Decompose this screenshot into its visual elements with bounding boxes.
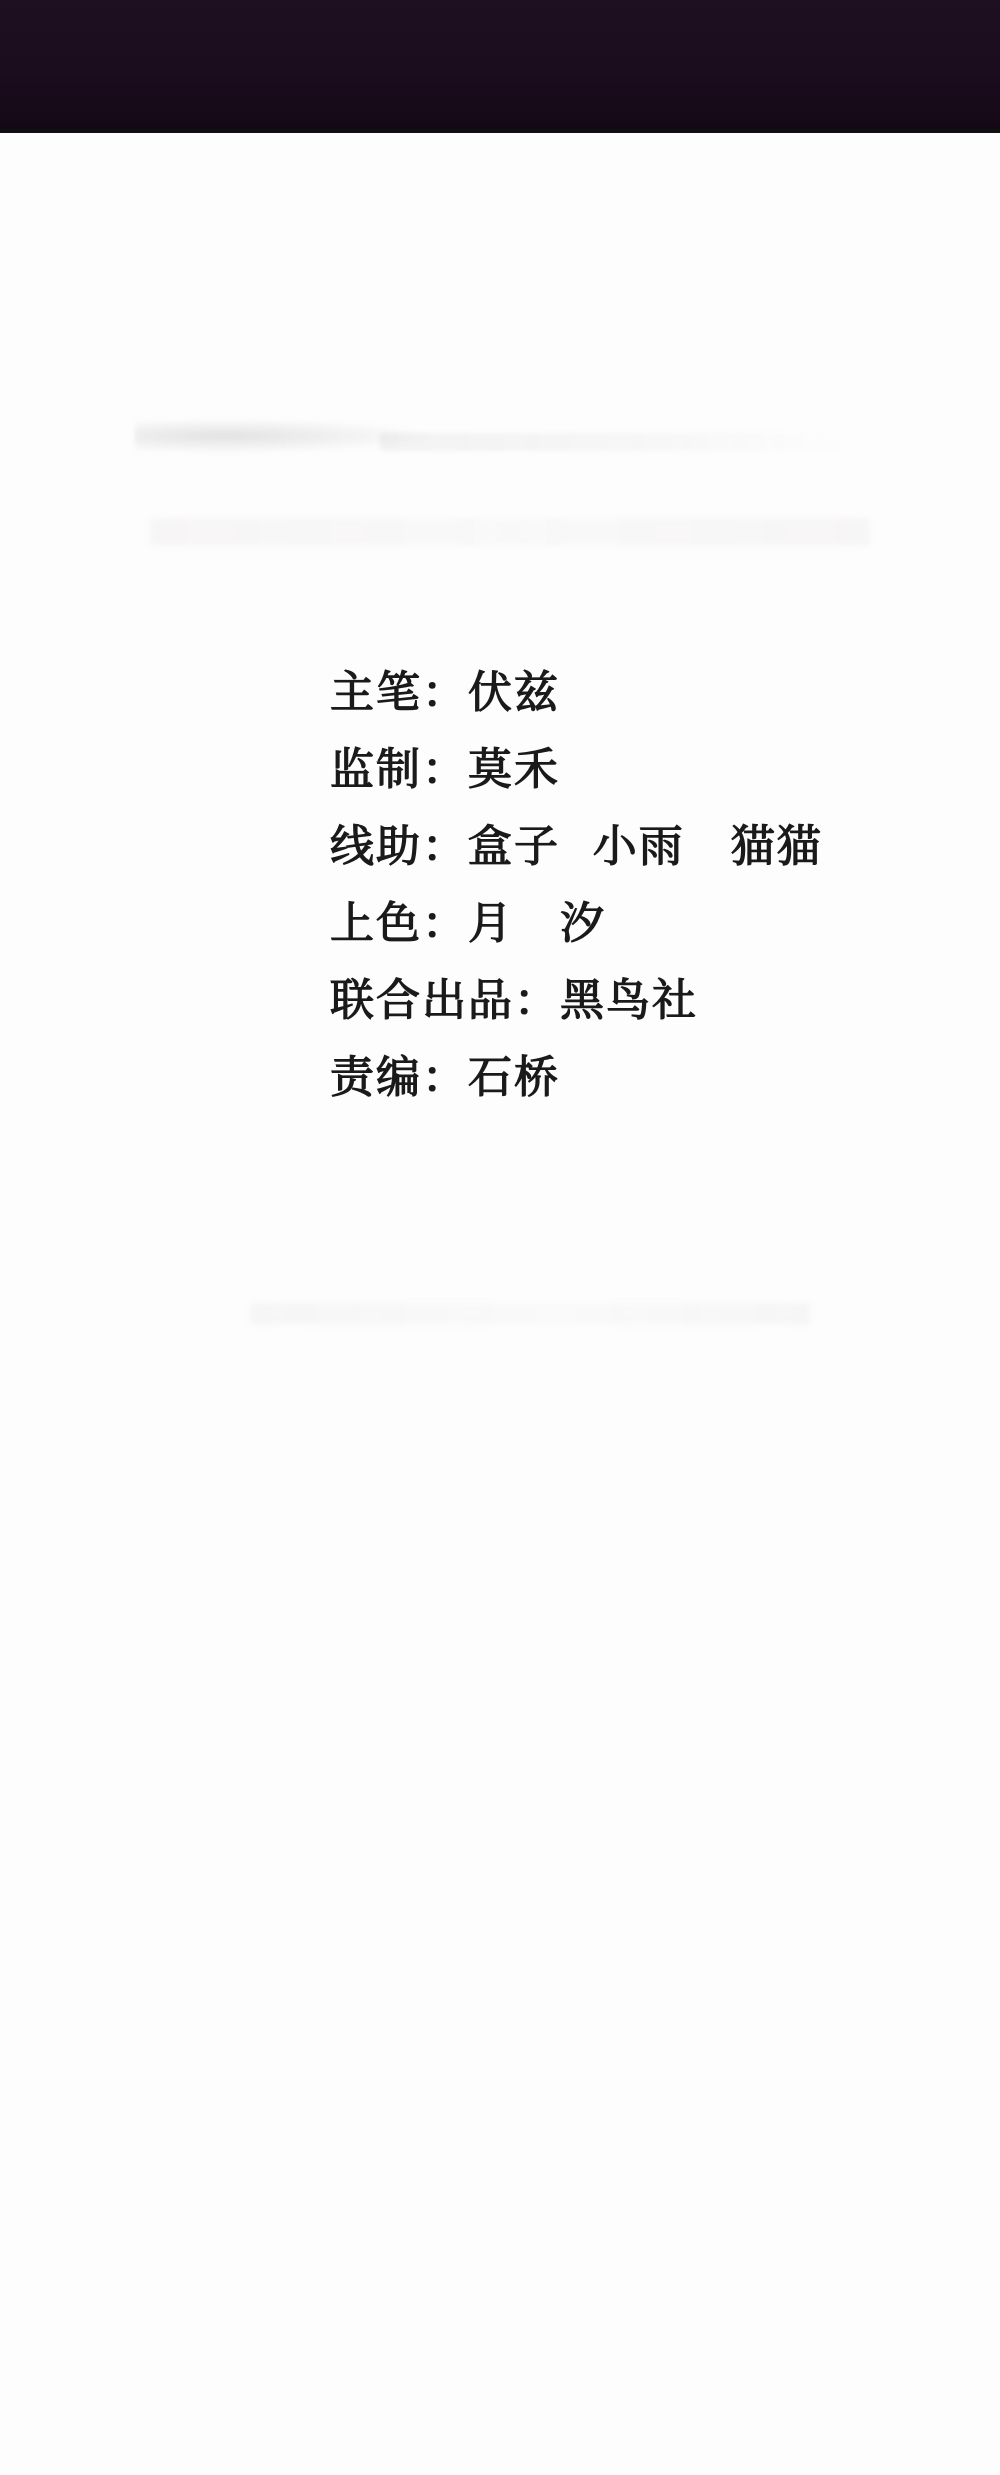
credit-name: 伏兹 — [468, 667, 560, 718]
credit-line-line-assistants: 线助：盒子 小雨 猫猫 — [330, 808, 823, 885]
credits-block: 主笔：伏兹 监制：莫禾 线助：盒子 小雨 猫猫 上色：月 汐 联合出品：黑鸟社 … — [330, 654, 823, 1116]
credit-role: 联合出品 — [330, 975, 514, 1026]
scan-artifact — [250, 1303, 810, 1325]
credit-line-lead-artist: 主笔：伏兹 — [330, 654, 823, 731]
credit-role: 线助 — [330, 821, 422, 872]
credit-line-supervisor: 监制：莫禾 — [330, 731, 823, 808]
credit-separator: ： — [422, 1052, 468, 1103]
credit-name: 盒子 小雨 猫猫 — [468, 821, 823, 872]
credit-line-editor: 责编：石桥 — [330, 1039, 823, 1116]
credit-separator: ： — [514, 975, 560, 1026]
credit-line-co-producer: 联合出品：黑鸟社 — [330, 962, 823, 1039]
credit-name: 月 汐 — [468, 898, 606, 949]
scan-artifact — [150, 518, 870, 546]
credit-line-colorist: 上色：月 汐 — [330, 885, 823, 962]
scan-artifact — [135, 418, 435, 454]
credit-name: 黑鸟社 — [560, 975, 698, 1026]
credit-name: 莫禾 — [468, 744, 560, 795]
credit-role: 上色 — [330, 898, 422, 949]
credit-name: 石桥 — [468, 1052, 560, 1103]
credit-separator: ： — [422, 667, 468, 718]
credit-role: 监制 — [330, 744, 422, 795]
top-panel-edge — [0, 0, 1000, 133]
credit-role: 主笔 — [330, 667, 422, 718]
credits-page: 主笔：伏兹 监制：莫禾 线助：盒子 小雨 猫猫 上色：月 汐 联合出品：黑鸟社 … — [0, 133, 1000, 2475]
credit-separator: ： — [422, 744, 468, 795]
credit-role: 责编 — [330, 1052, 422, 1103]
credit-separator: ： — [422, 898, 468, 949]
credit-separator: ： — [422, 821, 468, 872]
scan-artifact — [380, 433, 850, 451]
